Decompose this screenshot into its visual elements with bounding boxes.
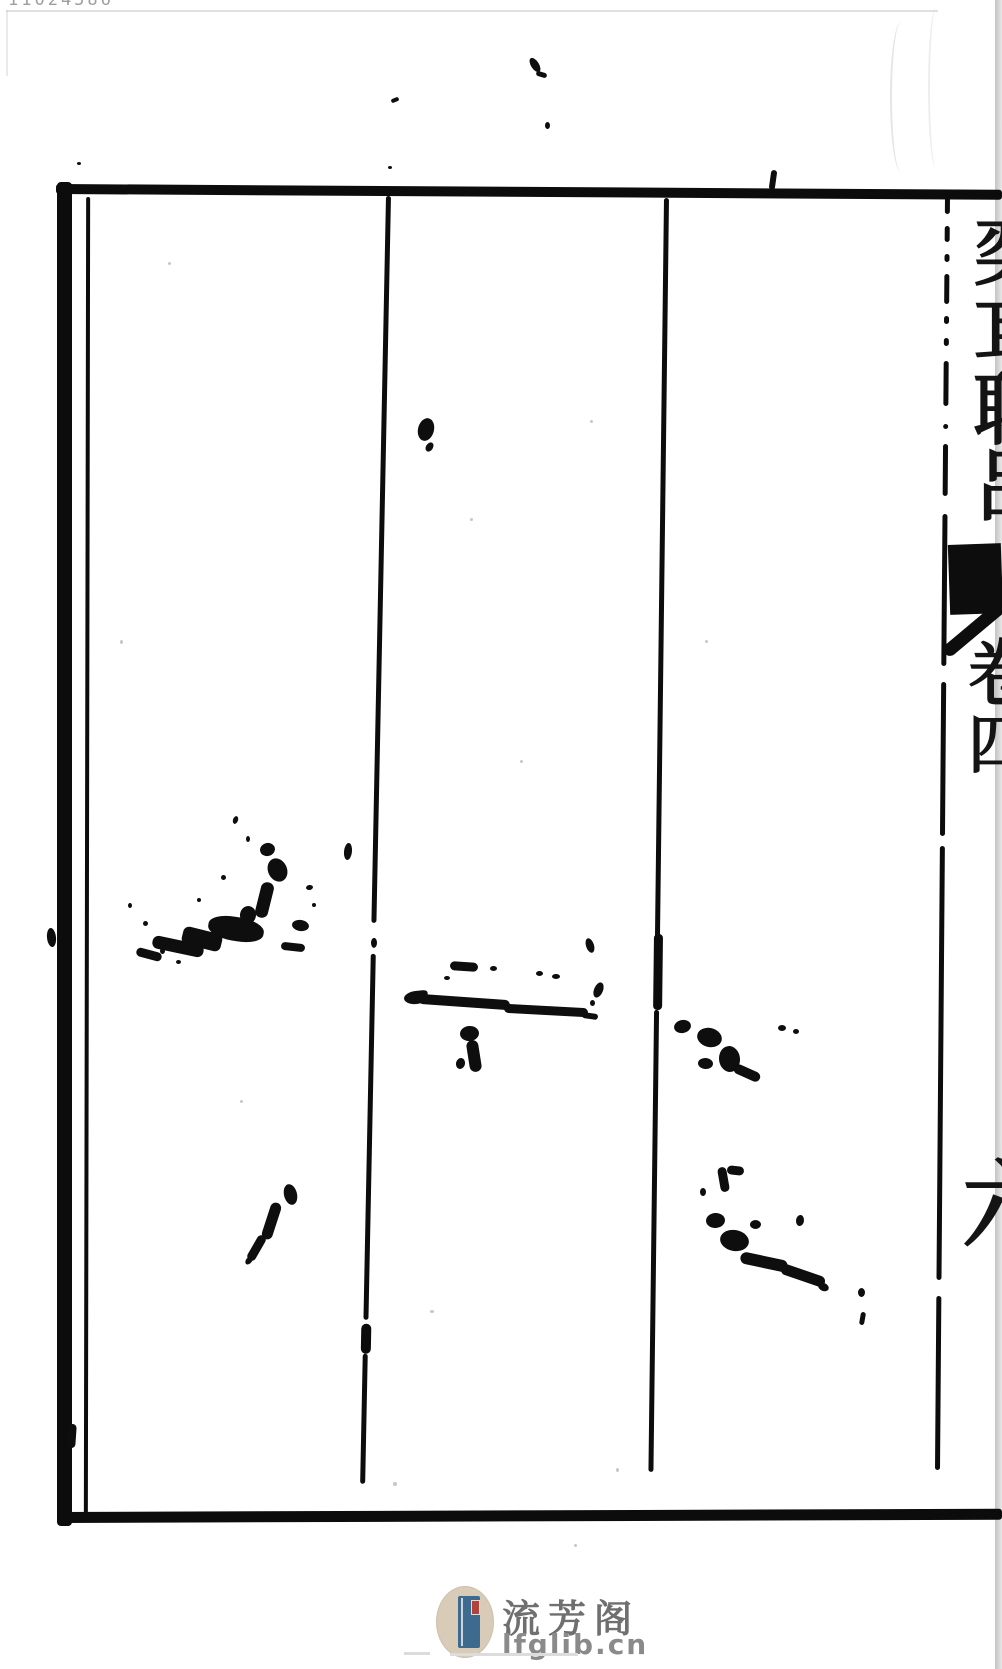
ink-smudge: [769, 170, 778, 191]
ink-speck: [221, 875, 226, 880]
line-segment: [363, 954, 375, 1320]
ink-speck: [778, 1025, 786, 1031]
line-segment: [943, 361, 948, 406]
paper-speck: [574, 1544, 577, 1547]
line-segment: [936, 846, 944, 1280]
line-segment: [940, 682, 946, 836]
line-blot: [653, 934, 663, 1010]
paper-speck: [590, 420, 593, 423]
line-blot: [361, 1324, 372, 1354]
paper-speck: [616, 1468, 619, 1472]
ink-smudge: [698, 1057, 714, 1069]
ink-smudge: [455, 1057, 466, 1070]
line-segment: [943, 424, 948, 429]
paper-speck: [240, 1100, 243, 1103]
ink-speck: [793, 1029, 799, 1034]
scan-id-number: 11024586: [8, 0, 114, 10]
ink-smudge: [343, 843, 353, 861]
ink-smudge: [535, 70, 547, 78]
line-segment: [944, 274, 949, 304]
ink-smudge: [695, 1025, 724, 1049]
column-line-1: [360, 196, 392, 1484]
paper-speck: [430, 1310, 434, 1313]
ink-smudge: [264, 855, 291, 885]
ink-smudge: [466, 1039, 483, 1072]
spine-volume-fragment: 四: [968, 714, 1002, 778]
watermark-book-seal-icon: [471, 1600, 480, 1615]
ink-speck: [160, 948, 165, 954]
ink-smudge: [291, 919, 309, 932]
column-line-2: [648, 198, 670, 1472]
watermark-site-url: lfglib.cn: [502, 1628, 648, 1661]
line-segment: [371, 938, 377, 948]
paper-speck: [520, 760, 523, 763]
scan-edge-left: [6, 10, 8, 76]
ink-smudge: [750, 1220, 761, 1229]
paper-speck: [168, 262, 171, 265]
spine-title-fragment: 奕: [973, 213, 1002, 291]
ink-speck: [77, 162, 81, 165]
ink-smudge: [817, 1281, 830, 1293]
ink-smudge: [858, 1288, 865, 1297]
ink-smudge: [424, 441, 435, 453]
ink-smudge: [246, 836, 250, 842]
ink-smudge: [281, 942, 306, 952]
watermark-book-spine-line: [461, 1598, 463, 1646]
line-segment: [371, 196, 391, 923]
paper-speck: [705, 640, 708, 643]
ink-speck: [590, 1000, 595, 1006]
ink-smudge: [705, 1212, 725, 1228]
ink-smudge: [67, 1424, 77, 1448]
ink-smudge: [504, 1004, 588, 1017]
line-segment: [944, 316, 949, 324]
line-segment: [648, 1010, 659, 1472]
ink-speck: [128, 903, 132, 908]
frame-bottom-border: [57, 1509, 1002, 1523]
scan-edge-curve: [890, 22, 912, 172]
ink-smudge: [584, 937, 596, 954]
ink-speck: [536, 971, 543, 976]
ink-smudge: [582, 1012, 599, 1020]
watermark-underline-long: [450, 1653, 578, 1656]
ink-smudge: [450, 961, 479, 972]
ink-speck: [306, 884, 314, 890]
ink-speck: [490, 966, 497, 971]
ink-smudge: [418, 994, 510, 1010]
ink-speck: [197, 898, 201, 902]
ink-smudge: [673, 1018, 692, 1034]
frame-left-border: [57, 182, 72, 1526]
paper-speck: [120, 640, 123, 644]
line-segment: [655, 198, 669, 938]
frame-left-inner-line: [84, 197, 90, 1519]
line-segment: [935, 1296, 941, 1470]
line-segment: [945, 226, 950, 242]
watermark-underline-short: [404, 1652, 430, 1655]
line-segment: [943, 444, 948, 496]
ink-smudge: [727, 1165, 745, 1176]
spine-volume-fragment: 卷: [968, 638, 1002, 710]
scanned-book-page: 11024586 奕 耳 聯 吕: [0, 0, 1002, 1669]
ink-smudge: [859, 1312, 866, 1326]
ink-speck: [388, 166, 392, 169]
scan-edge-top: [6, 10, 938, 12]
ink-smudge: [260, 1201, 282, 1241]
paper-speck: [470, 518, 473, 521]
ink-smudge: [232, 815, 239, 824]
line-segment: [945, 196, 950, 214]
ink-speck: [312, 903, 316, 907]
scan-edge-curve: [928, 8, 944, 168]
ink-smudge: [259, 841, 277, 857]
ink-smudge: [254, 881, 275, 919]
ink-speck: [176, 960, 181, 964]
ink-smudge: [459, 1025, 479, 1042]
ink-smudge: [591, 981, 605, 999]
ink-smudge: [46, 928, 57, 948]
ink-smudge: [795, 1215, 804, 1227]
line-segment: [944, 254, 949, 262]
ink-speck: [552, 974, 560, 979]
ink-speck: [143, 921, 148, 926]
line-segment: [360, 1354, 368, 1484]
ink-smudge: [415, 416, 436, 442]
spine-divider-line: [935, 196, 951, 1470]
ink-smudge: [732, 1063, 762, 1084]
ink-speck: [700, 1188, 706, 1196]
ink-speck: [391, 97, 400, 104]
ink-speck: [444, 976, 450, 980]
ink-speck: [545, 122, 550, 129]
spine-title-fragment: 聯: [973, 372, 1002, 450]
ink-smudge: [282, 1183, 300, 1207]
spine-title-fragment: 吕: [973, 448, 1002, 526]
spine-page-number-fragment: 六: [962, 1158, 1002, 1254]
paper-speck: [393, 1482, 397, 1486]
ink-smudge: [718, 1228, 750, 1254]
line-segment: [944, 338, 949, 346]
ink-smudge: [244, 1255, 254, 1266]
frame-top-border: [56, 184, 1002, 200]
